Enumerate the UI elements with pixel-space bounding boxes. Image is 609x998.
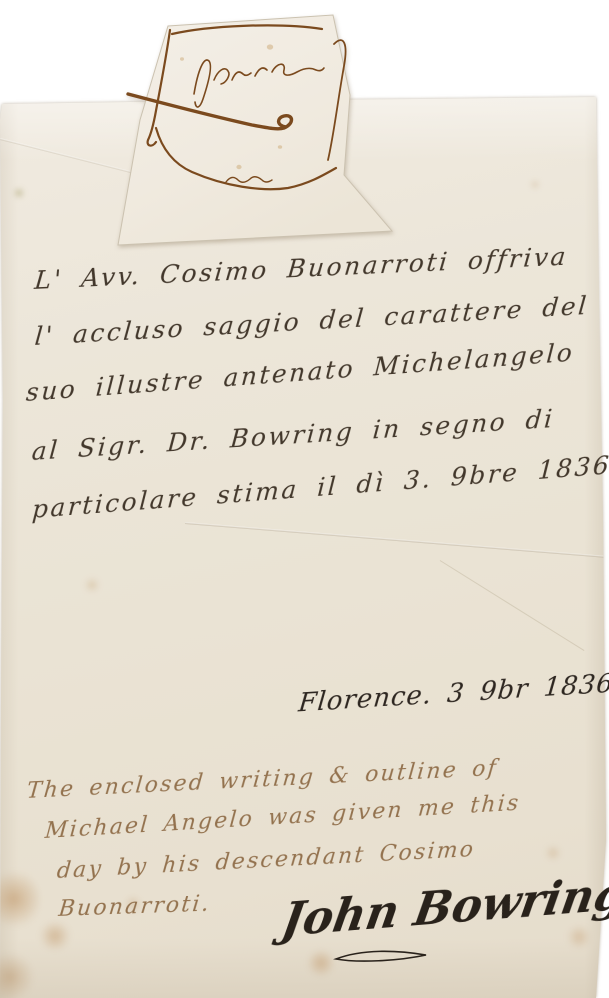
- foxing-stain: [0, 868, 40, 930]
- foxing-stain: [566, 926, 592, 948]
- attached-handwriting-sample: [112, 4, 412, 254]
- foxing-stain: [38, 922, 72, 950]
- fold-crease-right: [440, 560, 585, 651]
- fragment-paper-shape: [118, 15, 392, 245]
- fold-crease-middle: [185, 522, 609, 559]
- foxing-stain: [530, 180, 540, 189]
- signature-underline-flourish: [332, 946, 432, 966]
- photo-canvas: L' Avv. Cosimo Buonarroti offriva l' acc…: [0, 0, 609, 998]
- foxing-stain: [0, 952, 34, 998]
- foxing-stain: [14, 188, 24, 198]
- foxing-stain: [544, 846, 562, 860]
- foxing-stain: [84, 578, 100, 592]
